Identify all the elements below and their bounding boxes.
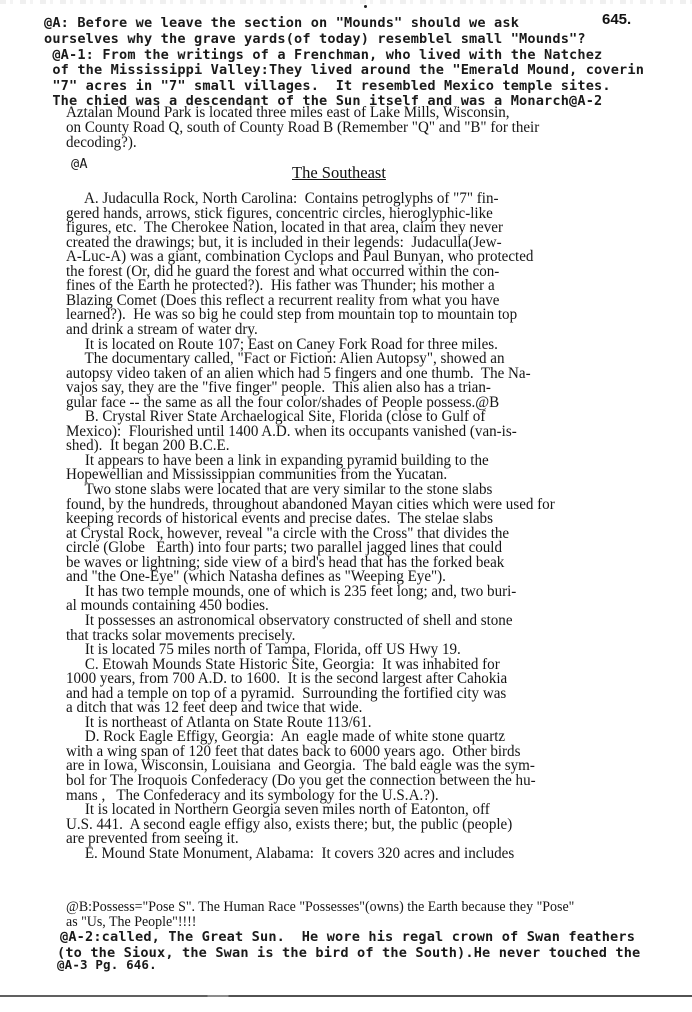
typewriter-note-line: of the Mississippi Valley:They lived aro… bbox=[44, 64, 644, 78]
typewriter-note-line: "7" acres in "7" small villages. It rese… bbox=[44, 80, 611, 94]
typewriter-note-line: ourselves why the grave yards(of today) … bbox=[44, 33, 586, 47]
body-line: E. Mound State Monument, Alabama: It cov… bbox=[66, 845, 514, 861]
page-bottom-rule bbox=[0, 995, 692, 997]
typewriter-note-line: @A: Before we leave the section on "Moun… bbox=[44, 17, 519, 31]
aztalan-line: on County Road Q, south of County Road B… bbox=[66, 119, 539, 135]
typewriter-note-line: @A-1: From the writings of a Frenchman, … bbox=[44, 49, 602, 63]
typewriter-note-line: @A-2:called, The Great Sun. He wore his … bbox=[60, 931, 635, 945]
section-heading: The Southeast bbox=[292, 165, 386, 182]
scan-speck bbox=[364, 5, 367, 8]
aztalan-line: decoding?). bbox=[66, 134, 137, 150]
marker-a: @A bbox=[71, 158, 88, 172]
page-number: 645. bbox=[602, 12, 631, 27]
footnote-line: as "Us, The People"!!!! bbox=[66, 915, 196, 930]
scan-noise-top bbox=[0, 0, 692, 4]
page-reference: @A-3 Pg. 646. bbox=[57, 959, 157, 972]
footnote-line: @B:Possess="Pose S". The Human Race "Pos… bbox=[66, 900, 574, 915]
scanned-document-page: 645. @A: Before we leave the section on … bbox=[0, 0, 692, 1012]
